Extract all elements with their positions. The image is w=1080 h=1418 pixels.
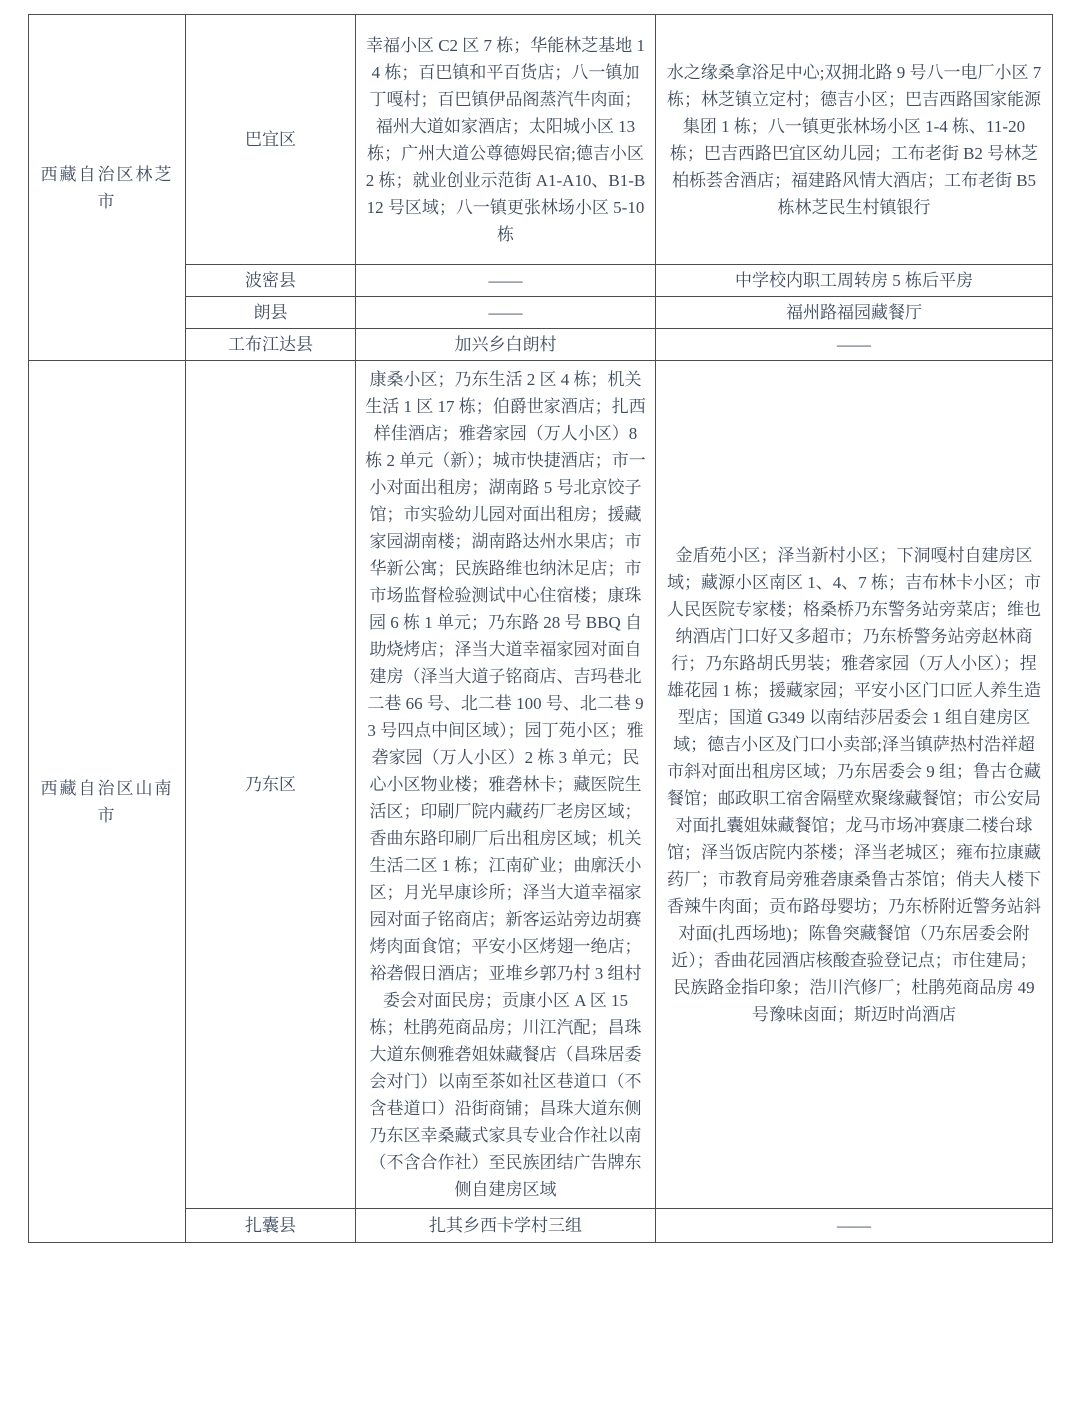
areas-cell-naidong-col3: 康桑小区；乃东生活 2 区 4 栋；机关生活 1 区 17 栋；伯爵世家酒店；扎… xyxy=(356,361,656,1209)
areas-cell-bomi-col3: —— xyxy=(356,265,656,297)
district-cell-lang: 朗县 xyxy=(186,297,356,329)
areas-cell-gongbujiangda-col4: —— xyxy=(656,329,1053,361)
areas-cell-gongbujiangda-col3: 加兴乡白朗村 xyxy=(356,329,656,361)
areas-cell-lang-col3: —— xyxy=(356,297,656,329)
document-page: 西藏自治区林芝市 巴宜区 幸福小区 C2 区 7 栋；华能林芝基地 14 栋；百… xyxy=(0,0,1080,1418)
district-cell-zhanang: 扎囊县 xyxy=(186,1209,356,1243)
table-row-naidong: 西藏自治区山南市 乃东区 康桑小区；乃东生活 2 区 4 栋；机关生活 1 区 … xyxy=(29,361,1053,1209)
risk-area-table: 西藏自治区林芝市 巴宜区 幸福小区 C2 区 7 栋；华能林芝基地 14 栋；百… xyxy=(28,14,1053,1243)
areas-cell-naidong-col4: 金盾苑小区；泽当新村小区；下洞嘎村自建房区域；藏源小区南区 1、4、7 栋；吉布… xyxy=(656,361,1053,1209)
areas-cell-bayi-col3: 幸福小区 C2 区 7 栋；华能林芝基地 14 栋；百巴镇和平百货店；八一镇加丁… xyxy=(356,15,656,265)
city-cell-linzhi: 西藏自治区林芝市 xyxy=(29,15,186,361)
district-cell-gongbujiangda: 工布江达县 xyxy=(186,329,356,361)
city-cell-shannan: 西藏自治区山南市 xyxy=(29,361,186,1243)
areas-cell-lang-col4: 福州路福园藏餐厅 xyxy=(656,297,1053,329)
areas-cell-zhanang-col3: 扎其乡西卡学村三组 xyxy=(356,1209,656,1243)
areas-cell-zhanang-col4: —— xyxy=(656,1209,1053,1243)
areas-cell-bomi-col4: 中学校内职工周转房 5 栋后平房 xyxy=(656,265,1053,297)
district-cell-bayi: 巴宜区 xyxy=(186,15,356,265)
district-cell-bomi: 波密县 xyxy=(186,265,356,297)
areas-cell-bayi-col4: 水之缘桑拿浴足中心;双拥北路 9 号八一电厂小区 7 栋；林芝镇立定村；德吉小区… xyxy=(656,15,1053,265)
table-row-bayi: 西藏自治区林芝市 巴宜区 幸福小区 C2 区 7 栋；华能林芝基地 14 栋；百… xyxy=(29,15,1053,265)
district-cell-naidong: 乃东区 xyxy=(186,361,356,1209)
